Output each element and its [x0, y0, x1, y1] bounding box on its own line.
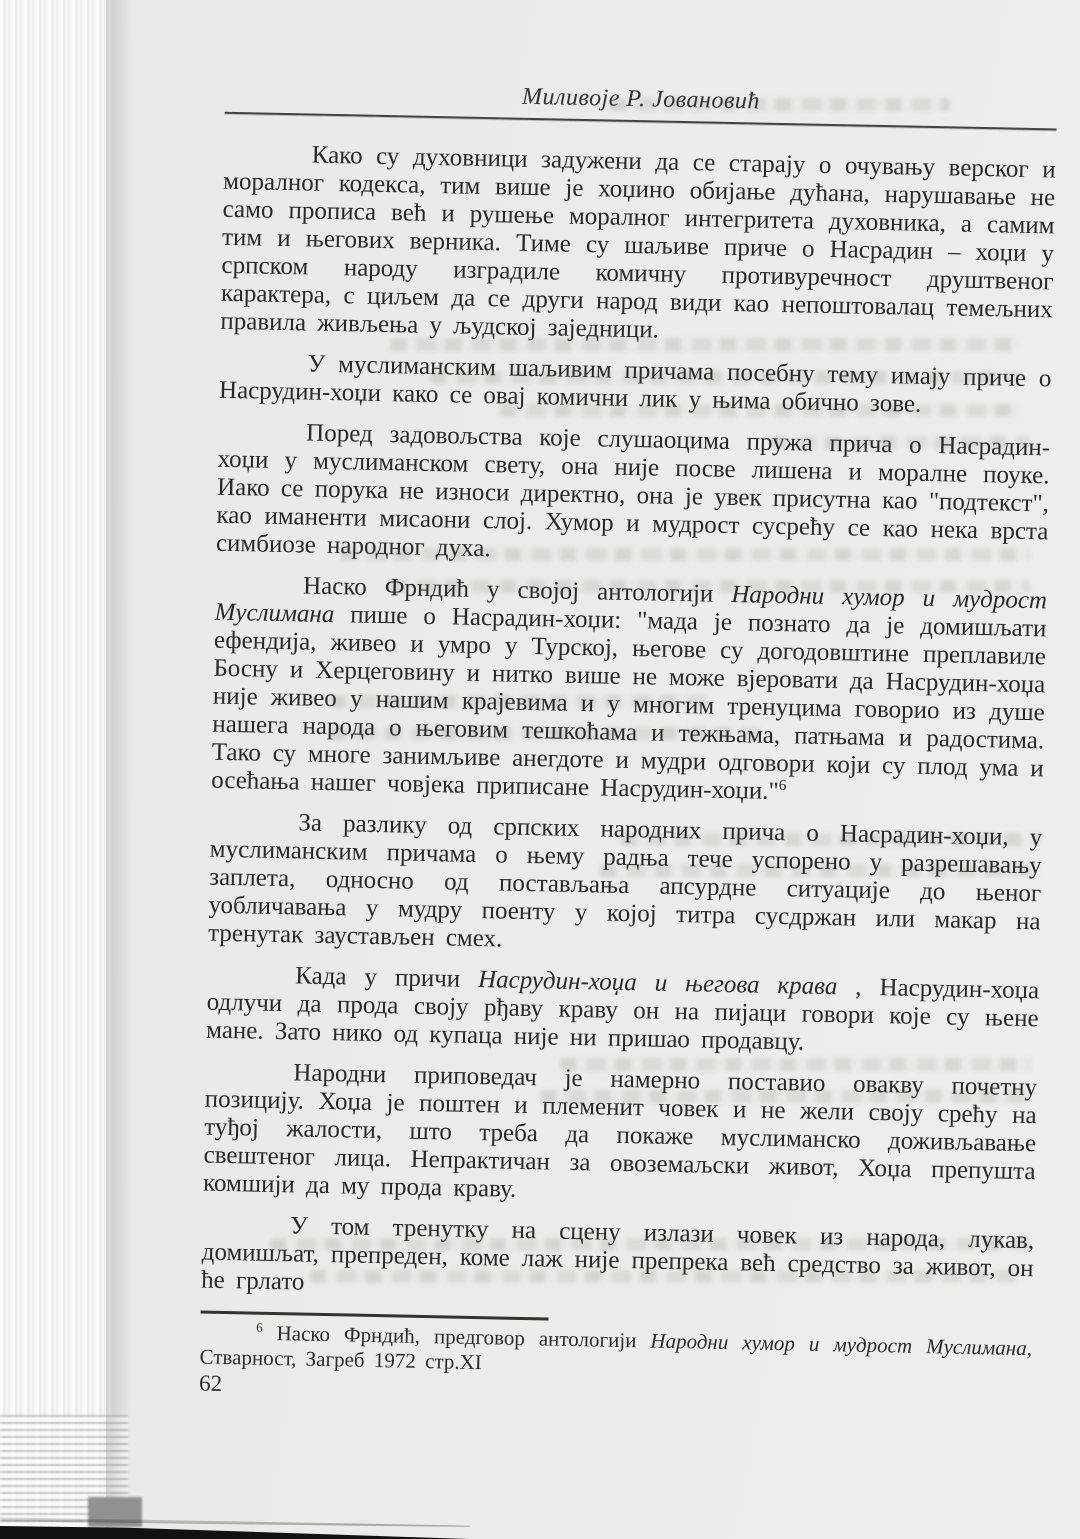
- text-segment: Народни приповедач је намерно поставио о…: [203, 1059, 1038, 1202]
- footnote-reference: 6: [779, 778, 787, 794]
- paragraph: Поред задовољства које слушаоцима пружа …: [216, 418, 1051, 575]
- page-content: Миливоје Р. Јовановић Како су духовници …: [199, 78, 1057, 1413]
- paragraph: Када у причи Насрудин-хоџа и његова крав…: [206, 961, 1040, 1062]
- scanned-book-page: Миливоје Р. Јовановић Како су духовници …: [0, 0, 1080, 1539]
- book-page-stack-edge: [0, 0, 112, 1539]
- text-segment: Поред задовољства које слушаоцима пружа …: [216, 419, 1051, 562]
- paragraphs: Како су духовници задужени да се старају…: [201, 140, 1056, 1311]
- paragraph: Како су духовници задужени да се старају…: [220, 140, 1056, 353]
- paragraph: У муслиманским шаљивим причама посебну т…: [219, 349, 1052, 422]
- paragraph: У том тренутку на сцену излази човек из …: [201, 1211, 1035, 1312]
- paragraph: Наско Фрндић у својој антологији Народни…: [211, 571, 1047, 812]
- text-segment: Стварност, Загреб 1972 стр.XI: [199, 1345, 482, 1375]
- paragraph: За разлику од српских народних прича о Н…: [208, 808, 1043, 965]
- paragraph: Народни приповедач је намерно поставио о…: [203, 1058, 1038, 1215]
- text-segment: Када у причи: [295, 962, 478, 993]
- page-fold-shadow: [106, 0, 132, 1539]
- text-segment: У муслиманским шаљивим причама посебну т…: [219, 350, 1052, 417]
- text-segment: У том тренутку на сцену излази човек из …: [201, 1212, 1034, 1295]
- text-segment: пише о Насрадин-хоџи: "мада је познато д…: [211, 601, 1047, 805]
- text-segment: За разлику од српских народних прича о Н…: [208, 809, 1043, 952]
- text-segment: Како су духовници задужени да се старају…: [220, 142, 1056, 344]
- footnote-rule: [201, 1311, 549, 1321]
- footnote-text: Наско Фрндић, предговор антологији Народ…: [199, 1321, 1032, 1374]
- text-segment: Народни хумор и мудрост Муслимана,: [650, 1329, 1032, 1361]
